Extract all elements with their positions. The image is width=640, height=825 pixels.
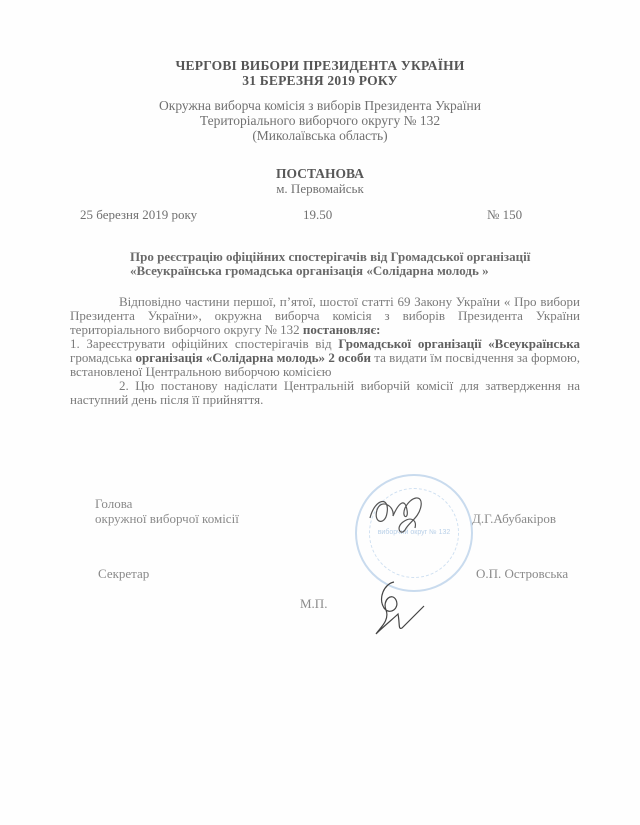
chair-name: Д.Г.Абубакіров	[472, 511, 556, 526]
subject-line1: Про реєстрацію офіційних спостерігачів в…	[130, 250, 570, 264]
subject-line2: «Всеукраїнська громадська організація «С…	[130, 264, 570, 278]
chair-label: Голова	[95, 496, 239, 511]
chair-title: Голова окружної виборчої комісії	[95, 496, 239, 526]
commission-block: Окружна виборча комісія з виборів Презид…	[0, 98, 640, 143]
decree-date: 25 березня 2019 року	[80, 207, 197, 223]
secretary-signature-icon	[372, 578, 432, 638]
decree-city: м. Первомайськ	[0, 181, 640, 197]
item-2-paragraph: 2. Цю постанову надіслати Центральній ви…	[70, 379, 580, 407]
region-name: (Миколаївська область)	[0, 128, 640, 143]
secretary-name: О.П. Островська	[476, 566, 568, 581]
decree-number: № 150	[487, 207, 522, 223]
item-1-text-b: громадська	[70, 350, 136, 365]
election-title: ЧЕРГОВІ ВИБОРИ ПРЕЗИДЕНТА УКРАЇНИ 31 БЕР…	[0, 58, 640, 88]
district-name: Територіального виборчого округу № 132	[0, 113, 640, 128]
chair-signature-icon	[365, 488, 435, 538]
election-title-line1: ЧЕРГОВІ ВИБОРИ ПРЕЗИДЕНТА УКРАЇНИ	[0, 58, 640, 73]
item-1-org-name-count: організація «Солідарна молодь» 2 особи	[136, 350, 371, 365]
item-1-org-name: Громадської організації «Всеукраїнська	[338, 336, 580, 351]
seal-place-mark: М.П.	[300, 596, 327, 611]
secretary-title: Секретар	[98, 566, 149, 581]
decree-time: 19.50	[303, 207, 332, 223]
election-date-line: 31 БЕРЕЗНЯ 2019 РОКУ	[0, 73, 640, 88]
item-1-paragraph: 1. Зареєструвати офіційних спостерігачів…	[70, 337, 580, 379]
chair-label-commission: окружної виборчої комісії	[95, 511, 239, 526]
item-1-text-a: 1. Зареєструвати офіційних спостерігачів…	[70, 336, 338, 351]
preamble-resolves: постановляє:	[303, 322, 381, 337]
document-page: ЧЕРГОВІ ВИБОРИ ПРЕЗИДЕНТА УКРАЇНИ 31 БЕР…	[0, 0, 640, 825]
commission-name: Окружна виборча комісія з виборів Презид…	[0, 98, 640, 113]
decree-heading: ПОСТАНОВА	[0, 166, 640, 182]
decree-subject: Про реєстрацію офіційних спостерігачів в…	[130, 250, 570, 278]
preamble-paragraph: Відповідно частини першої, п’ятої, шосто…	[70, 295, 580, 337]
